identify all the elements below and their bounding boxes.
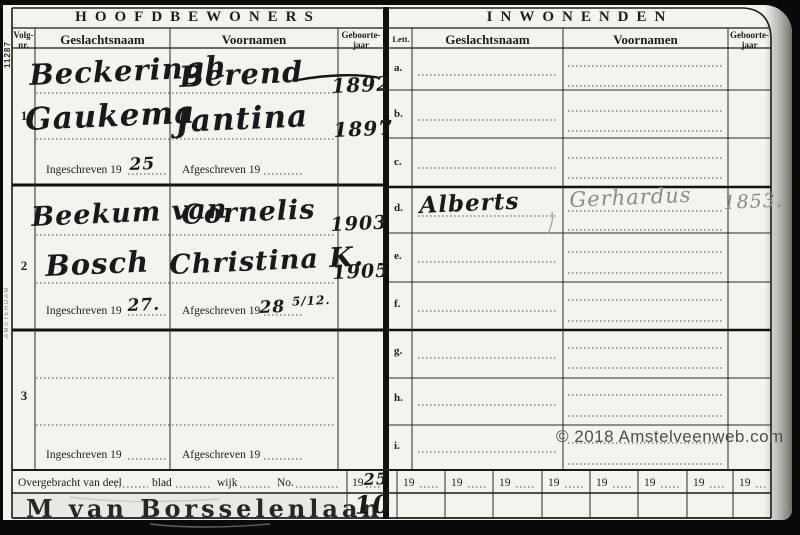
year-cell-3: 19 (499, 477, 511, 489)
register-card-scan: 11287 AMSTERDAM HOOFDBEWONERS Volg- nr. … (0, 0, 800, 535)
column-geboortejaar-right-line2: jaar (742, 40, 758, 50)
entry-1a-voornamen: Berend (179, 55, 304, 94)
printer-imprint: AMSTERDAM (4, 198, 10, 338)
entry-1b-geslachtsnaam: Gaukema (24, 95, 196, 138)
entry-2a-geboortejaar: 1903 (330, 212, 388, 236)
column-volgnr-line1: Volg- (13, 30, 33, 40)
row-letter-e: e. (394, 250, 410, 262)
year-cell-4: 19 (548, 477, 560, 489)
row-letter-a: a. (394, 62, 410, 74)
column-geslachtsnaam-left: Geslachtsnaam (35, 32, 170, 48)
column-geboortejaar-left-line2: jaar (353, 40, 369, 50)
afgeschreven-year-2: 28 (259, 297, 286, 318)
column-voornamen-left: Voornamen (170, 32, 338, 48)
year-cell-7: 19 (693, 477, 705, 489)
hoofdbewoners-title: HOOFDBEWONERS (12, 9, 384, 26)
row-d-geboortejaar: 1853. (723, 189, 783, 214)
house-number: 10 (354, 489, 392, 520)
overgebracht-year-value: 25 (363, 469, 388, 489)
year-cell-5: 19 (596, 477, 608, 489)
column-geboortejaar-right-line1: Geboorte- (730, 30, 769, 40)
year-cell-2: 19 (451, 477, 463, 489)
row-letter-b: b. (394, 108, 410, 120)
afgeschreven-value-2: 28 5/12. (259, 293, 331, 318)
blad-label: blad (152, 477, 172, 489)
ingeschreven-label-3: Ingeschreven 19 (46, 449, 122, 461)
inwonenden-title: INWONENDEN (390, 9, 770, 26)
entry-2b-geslachtsnaam: Bosch (45, 244, 150, 283)
column-geboortejaar-left: Geboorte- jaar (338, 30, 384, 50)
afgeschreven-label-3: Afgeschreven 19 (182, 449, 260, 461)
entry-1b-voornamen: Jantina (174, 98, 308, 140)
column-voornamen-right: Voornamen (563, 32, 728, 48)
entry-1a-geboortejaar: 1892 (331, 71, 392, 98)
column-lett: Lett. (390, 34, 412, 44)
ingeschreven-label-1: Ingeschreven 19 (46, 164, 122, 176)
row-letter-c: c. (394, 156, 410, 168)
year-cell-1: 19 (403, 477, 415, 489)
copyright-watermark: © 2018 Amstelveenweb.com (556, 427, 784, 447)
afgeschreven-label-2: Afgeschreven 19 (182, 305, 260, 317)
row-letter-d: d. (394, 202, 410, 214)
volgnr-3: 3 (14, 388, 34, 404)
entry-1b-geboortejaar: 1897 (333, 115, 394, 142)
column-volgnr: Volg- nr. (12, 30, 35, 50)
column-geboortejaar-left-line1: Geboorte- (342, 30, 381, 40)
address-stamp: M van Borsselenlaan (26, 494, 342, 523)
afgeschreven-fraction-2: 5/12. (292, 293, 331, 309)
year-cell-8: 19 (739, 477, 751, 489)
ingeschreven-value-1: 25 (129, 154, 156, 175)
overgebracht-label: Overgebracht van deel (18, 477, 122, 489)
row-d-geslachtsnaam: Alberts (419, 188, 520, 219)
column-volgnr-line2: nr. (18, 40, 28, 50)
afgeschreven-label-1: Afgeschreven 19 (182, 164, 260, 176)
ingeschreven-label-2: Ingeschreven 19 (46, 305, 122, 317)
ingeschreven-value-2: 27. (127, 295, 160, 316)
no-label: No. (277, 477, 294, 489)
registry-number: 11287 (3, 24, 12, 68)
year-cell-6: 19 (644, 477, 656, 489)
row-letter-g: g. (394, 345, 410, 357)
row-letter-f: f. (394, 298, 410, 310)
wijk-label: wijk (217, 477, 237, 489)
column-geboortejaar-right: Geboorte- jaar (728, 30, 771, 50)
entry-2b-geboortejaar: 1905 (332, 260, 390, 284)
overgebracht-year-prefix: 19 (352, 477, 364, 489)
volgnr-2: 2 (14, 258, 34, 274)
row-letter-i: i. (394, 440, 410, 452)
entry-2a-voornamen: Cornelis (181, 194, 316, 231)
column-geslachtsnaam-right: Geslachtsnaam (412, 32, 563, 48)
row-letter-h: h. (394, 392, 410, 404)
